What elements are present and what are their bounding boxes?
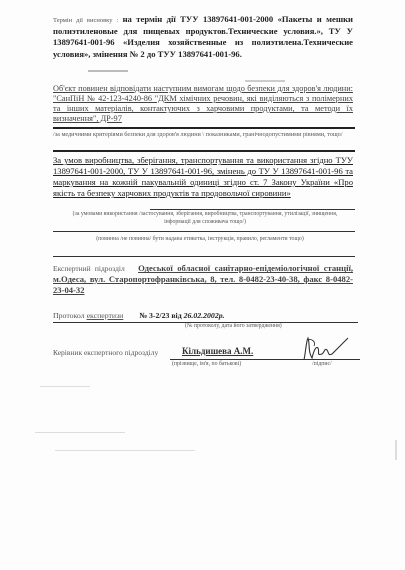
protocol-caption: (№ протоколу, дата його затвердження) (185, 323, 345, 329)
redaction-smudge (88, 70, 128, 72)
paper-noise (40, 386, 90, 387)
divider (150, 209, 355, 210)
head-line: Керівник експертного підрозділу (53, 348, 158, 357)
protocol-label: Протокол (53, 311, 85, 320)
validity-section: Термін дії висновку : на термін дії ТУУ … (53, 14, 353, 60)
paper-noise (35, 432, 125, 433)
paper-noise (395, 440, 397, 460)
requirements-section: Об'єкт повинен відповідати наступним вим… (53, 84, 353, 124)
conditions-text: За умов виробництва, зберігання, транспо… (53, 155, 353, 198)
head-label: Керівник експертного підрозділу (53, 348, 158, 357)
protocol-date: 26.02.2002р. (184, 311, 225, 320)
requirements-caption: /за медичними критеріями безпеки для здо… (53, 131, 353, 139)
head-name: Кільдишева А.М. (182, 346, 253, 356)
divider (53, 231, 355, 232)
conditions-caption: (за умовами використання /застосування, … (70, 211, 340, 226)
protocol-from: від (171, 311, 181, 320)
divider (53, 150, 355, 152)
requirements-text: Об'єкт повинен відповідати наступним вим… (53, 84, 353, 123)
redaction-smudge (245, 80, 285, 82)
validity-label: Термін дії висновку : (53, 17, 118, 24)
protocol-line: Протокол експертизи № 3-2/23 від 26.02.2… (53, 311, 363, 320)
protocol-number: № 3-2/23 (139, 311, 169, 320)
protocol-label-underlined: експертизи (87, 311, 124, 320)
expert-unit-label: Експертний підрозділ (53, 264, 125, 273)
divider (53, 127, 355, 129)
signature-icon (298, 334, 358, 364)
conditions-section: За умов виробництва, зберігання, транспо… (53, 155, 353, 199)
head-name-caption: (прізвище, ім'я, по батькові) (172, 361, 262, 367)
labeling-caption: (повинна /не повинна/ бути надана етикет… (60, 236, 340, 242)
paper-noise (55, 450, 195, 451)
divider (53, 256, 355, 257)
expert-unit-section: Експертний підрозділ Одеської обласної с… (53, 263, 353, 296)
signature (298, 334, 358, 364)
